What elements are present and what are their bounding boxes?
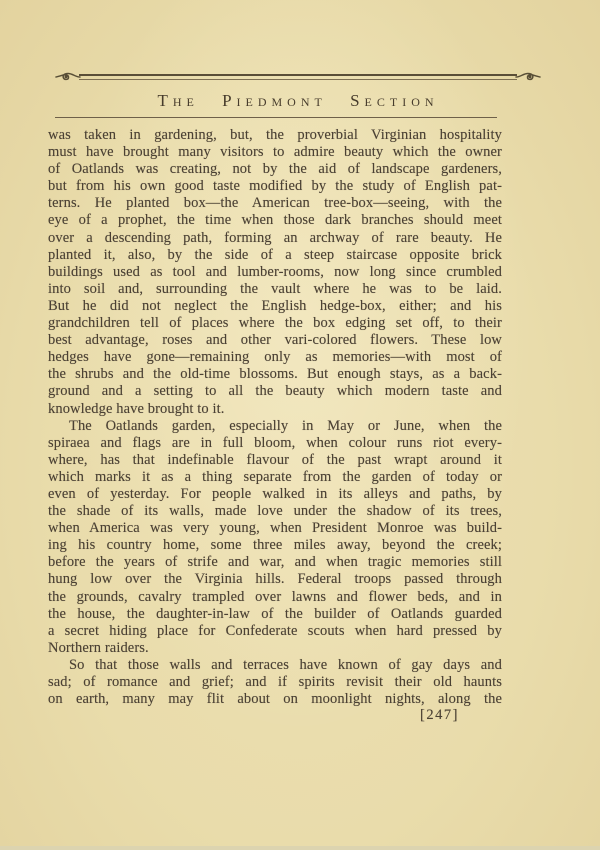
text-line: even of yesterday. For people walked in … xyxy=(48,486,502,503)
text-line: the shrubs and the old-time blossoms. Bu… xyxy=(48,366,502,383)
text-line: on earth, many may flit about on moonlig… xyxy=(48,691,502,708)
text-line: ing his country home, some three miles a… xyxy=(48,537,502,554)
header-rule xyxy=(55,117,497,118)
text-line: ground and a setting to all the beauty w… xyxy=(48,383,502,400)
book-page: The Piedmont Section was taken in garden… xyxy=(0,0,600,850)
text-line: hung low over the Virginia hills. Federa… xyxy=(48,571,502,588)
text-line: when America was very young, when Presid… xyxy=(48,520,502,537)
text-line: But he did not neglect the English hedge… xyxy=(48,298,502,315)
text-line: the grounds, cavalry trampled over lawns… xyxy=(48,589,502,606)
text-line: planted it, also, by the side of a steep… xyxy=(48,247,502,264)
text-line: of Oatlands was creating, not by the aid… xyxy=(48,161,502,178)
text-line: buildings used as tool and lumber-rooms,… xyxy=(48,264,502,281)
text-line: but from his own good taste modified by … xyxy=(48,178,502,195)
text-line: Northern raiders. xyxy=(48,640,502,657)
text-line: the house, the daughter-in-law of the bu… xyxy=(48,606,502,623)
text-line: before the years of strife and war, and … xyxy=(48,554,502,571)
text-line: hedges have gone—remaining only as memor… xyxy=(48,349,502,366)
text-line: which marks it as a thing separate from … xyxy=(48,469,502,486)
text-line: over a descending path, forming an archw… xyxy=(48,230,502,247)
page-number: [247] xyxy=(420,707,459,724)
text-line: best advantage, roses and other vari-col… xyxy=(48,332,502,349)
text-line: a secret hiding place for Confederate sc… xyxy=(48,623,502,640)
text-line: into soil and, surrounding the vault whe… xyxy=(48,281,502,298)
scroll-ornament-left-icon xyxy=(55,71,81,83)
text-line: eye of a prophet, the time when those da… xyxy=(48,212,502,229)
text-line: was taken in gardening, but, the proverb… xyxy=(48,127,502,144)
scroll-ornament-right-icon xyxy=(515,71,541,83)
body-text: was taken in gardening, but, the proverb… xyxy=(48,127,502,708)
text-line: where, has that indefinable flavour of t… xyxy=(48,452,502,469)
text-line: The Oatlands garden, especially in May o… xyxy=(48,418,502,435)
double-rule xyxy=(79,74,517,80)
text-line: grandchildren tell of places where the b… xyxy=(48,315,502,332)
text-line: spiraea and flags are in full bloom, whe… xyxy=(48,435,502,452)
text-line: knowledge have brought to it. xyxy=(48,401,502,418)
text-line: sad; of romance and grief; and if spirit… xyxy=(48,674,502,691)
running-head-title: The Piedmont Section xyxy=(55,91,541,111)
text-line: the shade of its walls, made love under … xyxy=(48,503,502,520)
header-ornament-rule xyxy=(55,71,541,83)
text-line: So that those walls and terraces have kn… xyxy=(48,657,502,674)
text-line: must have brought many visitors to admir… xyxy=(48,144,502,161)
text-line: terns. He planted box—the American tree-… xyxy=(48,195,502,212)
page-bottom-edge xyxy=(0,846,600,850)
